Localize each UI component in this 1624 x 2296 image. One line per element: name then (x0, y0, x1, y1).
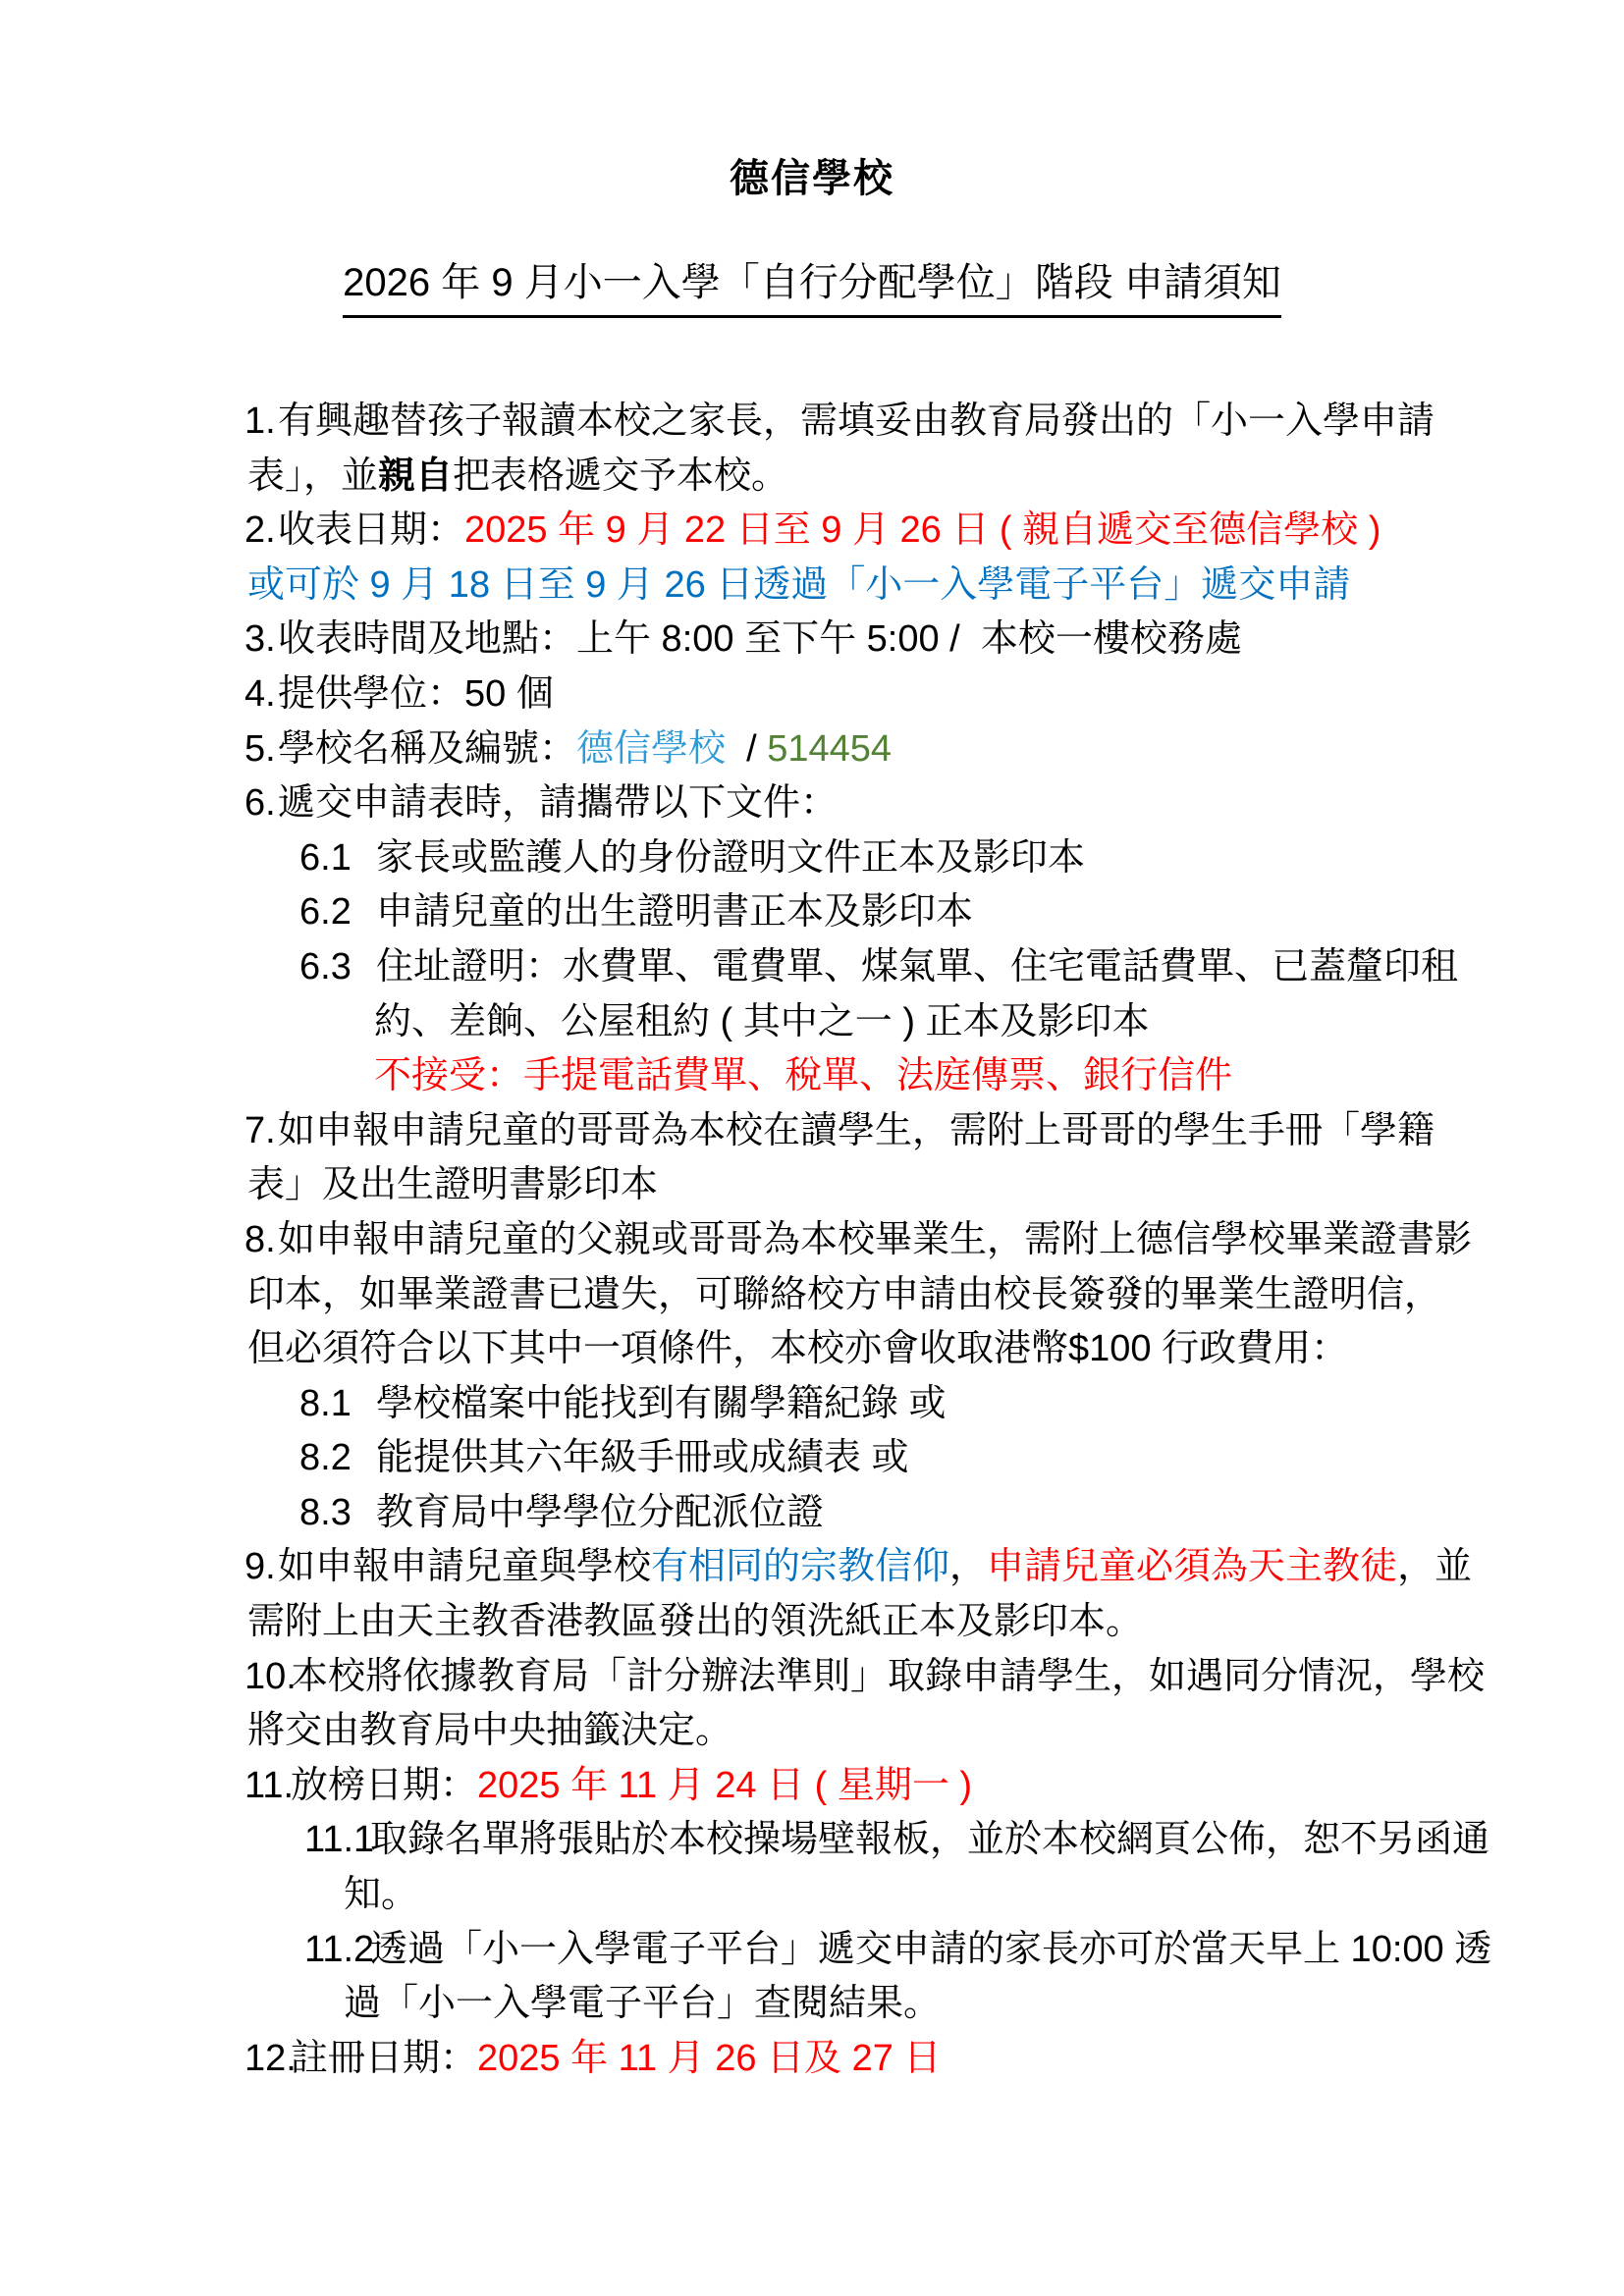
text-run-red: 申請兒童必須為天主教徒 (987, 1540, 1397, 1595)
text-run: 提供學位：50 個 (278, 667, 554, 722)
text-run: 取錄名單將張貼於本校操場壁報板，並於本校網頁公佈，恕不另函通 (370, 1813, 1489, 1868)
text-run: 住址證明：水費單、電費單、煤氣單、住宅電話費單、已蓋釐印租 (376, 940, 1458, 995)
doc-line: 5. 學校名稱及編號：德信學校 / 514454 (0, 722, 1624, 777)
text-run: 有興趣替孩子報讀本校之家長，需填妥由教育局發出的「小一入學申請 (278, 395, 1435, 450)
doc-line: 9. 如申報申請兒童與學校有相同的宗教信仰，申請兒童必須為天主教徒，並 (0, 1540, 1624, 1595)
text-run: 過「小一入學電子平台」查閱結果。 (344, 1977, 941, 2032)
text-run-red: 2025 年 11 月 24 日 ( 星期一 ) (477, 1759, 972, 1814)
item-number: 8.2 (299, 1431, 352, 1486)
doc-line: 需附上由天主教香港教區發出的領洗紙正本及影印本。 (0, 1595, 1624, 1650)
text-run: 註冊日期： (291, 2032, 477, 2087)
doc-line: 8.2 能提供其六年級手冊或成績表 或 (0, 1431, 1624, 1486)
doc-line: 2. 收表日期：2025 年 9 月 22 日至 9 月 26 日 ( 親自遞交… (0, 504, 1624, 559)
doc-line: 11.1 取錄名單將張貼於本校操場壁報板，並於本校網頁公佈，恕不另函通 (0, 1813, 1624, 1868)
doc-line: 10. 本校將依據教育局「計分辦法準則」取錄申請學生，如遇同分情況，學校 (0, 1650, 1624, 1705)
text-run: ， (949, 1540, 987, 1595)
item-number: 5. (244, 722, 276, 777)
doc-line: 6. 遞交申請表時，請攜帶以下文件： (0, 776, 1624, 831)
text-run: 需附上由天主教香港教區發出的領洗紙正本及影印本。 (247, 1595, 1143, 1650)
item-number: 4. (244, 667, 276, 722)
text-run: 如申報申請兒童與學校 (278, 1540, 651, 1595)
text-run: 學校名稱及編號： (278, 722, 576, 777)
item-number: 6. (244, 776, 276, 831)
item-number: 11.2 (304, 1923, 374, 1978)
item-number: 3. (244, 613, 276, 667)
doc-line: 將交由教育局中央抽籤決定。 (0, 1704, 1624, 1759)
text-run: 遞交申請表時，請攜帶以下文件： (278, 776, 838, 831)
doc-line: 約、差餉、公屋租約 ( 其中之一 ) 正本及影印本 (0, 995, 1624, 1050)
doc-line: 6.2 申請兒童的出生證明書正本及影印本 (0, 885, 1624, 940)
item-number: 6.1 (299, 831, 352, 886)
text-run: 約、差餉、公屋租約 ( 其中之一 ) 正本及影印本 (374, 995, 1150, 1050)
text-run-red: 2025 年 11 月 26 日及 27 日 (477, 2032, 941, 2087)
doc-line: 8.1 學校檔案中能找到有關學籍紀錄 或 (0, 1377, 1624, 1432)
doc-line: 知。 (0, 1868, 1624, 1923)
item-number: 11. (244, 1759, 294, 1814)
doc-line: 印本，如畢業證書已遺失，可聯絡校方申請由校長簽發的畢業生證明信， (0, 1268, 1624, 1323)
text-run: 表」，並 (247, 450, 378, 505)
item-number: 6.3 (299, 940, 352, 995)
doc-line: 或可於 9 月 18 日至 9 月 26 日透過「小一入學電子平台」遞交申請 (0, 559, 1624, 614)
text-run: ，並 (1397, 1540, 1472, 1595)
item-number: 11.1 (304, 1813, 374, 1868)
text-run: 把表格遞交予本校。 (453, 450, 788, 505)
item-number: 2. (244, 504, 276, 559)
item-number: 12. (244, 2032, 297, 2087)
doc-line: 7. 如申報申請兒童的哥哥為本校在讀學生，需附上哥哥的學生手冊「學籍 (0, 1104, 1624, 1159)
text-run: 如申報申請兒童的父親或哥哥為本校畢業生，需附上德信學校畢業證書影 (278, 1213, 1472, 1268)
text-run: 知。 (344, 1868, 418, 1923)
doc-line: 12. 註冊日期：2025 年 11 月 26 日及 27 日 (0, 2032, 1624, 2087)
doc-line: 8. 如申報申請兒童的父親或哥哥為本校畢業生，需附上德信學校畢業證書影 (0, 1213, 1624, 1268)
doc-line: 11.2 透過「小一入學電子平台」遞交申請的家長亦可於當天早上 10:00 透 (0, 1923, 1624, 1978)
item-number: 8.3 (299, 1486, 352, 1541)
item-number: 9. (244, 1540, 276, 1595)
document-page: 德信學校 2026 年 9 月小一入學「自行分配學位」階段 申請須知 1. 有興… (0, 0, 1624, 2296)
text-run-school-code: 514454 (767, 722, 892, 777)
notice-list: 1. 有興趣替孩子報讀本校之家長，需填妥由教育局發出的「小一入學申請 表」，並親… (0, 395, 1624, 2086)
item-number: 8.1 (299, 1377, 352, 1432)
text-run: 但必須符合以下其中一項條件，本校亦會收取港幣$100 行政費用： (247, 1322, 1348, 1377)
text-run: 收表時間及地點：上午 8:00 至下午 5:00 / 本校一樓校務處 (278, 613, 1242, 667)
text-run-bold: 親自 (378, 450, 453, 505)
doc-line: 過「小一入學電子平台」查閱結果。 (0, 1977, 1624, 2032)
text-run-red: 不接受：手提電話費單、稅單、法庭傳票、銀行信件 (374, 1049, 1232, 1104)
text-run: 透過「小一入學電子平台」遞交申請的家長亦可於當天早上 10:00 透 (370, 1923, 1491, 1978)
text-run: 本校將依據教育局「計分辦法準則」取錄申請學生，如遇同分情況，學校 (291, 1650, 1485, 1705)
document-subtitle-row: 2026 年 9 月小一入學「自行分配學位」階段 申請須知 (0, 258, 1624, 318)
document-subtitle: 2026 年 9 月小一入學「自行分配學位」階段 申請須知 (343, 258, 1281, 318)
doc-line: 3. 收表時間及地點：上午 8:00 至下午 5:00 / 本校一樓校務處 (0, 613, 1624, 667)
text-run-red: 2025 年 9 月 22 日至 9 月 26 日 ( 親自遞交至德信學校 ) (464, 504, 1380, 559)
doc-line: 6.3 住址證明：水費單、電費單、煤氣單、住宅電話費單、已蓋釐印租 (0, 940, 1624, 995)
text-run: 表」及出生證明書影印本 (247, 1158, 658, 1213)
item-number: 6.2 (299, 885, 352, 940)
text-run: 家長或監護人的身份證明文件正本及影印本 (376, 831, 1085, 886)
text-run: 如申報申請兒童的哥哥為本校在讀學生，需附上哥哥的學生手冊「學籍 (278, 1104, 1435, 1159)
doc-line: 1. 有興趣替孩子報讀本校之家長，需填妥由教育局發出的「小一入學申請 (0, 395, 1624, 450)
document-title: 德信學校 (0, 155, 1624, 202)
doc-line: 表」，並親自把表格遞交予本校。 (0, 450, 1624, 505)
text-run: 收表日期： (278, 504, 464, 559)
text-run: 能提供其六年級手冊或成績表 或 (376, 1431, 909, 1486)
text-run: 放榜日期： (291, 1759, 477, 1814)
text-run: / (726, 722, 767, 777)
doc-line: 8.3 教育局中學學位分配派位證 (0, 1486, 1624, 1541)
doc-line: 但必須符合以下其中一項條件，本校亦會收取港幣$100 行政費用： (0, 1322, 1624, 1377)
doc-line: 4. 提供學位：50 個 (0, 667, 1624, 722)
item-number: 8. (244, 1213, 276, 1268)
text-run: 學校檔案中能找到有關學籍紀錄 或 (376, 1377, 947, 1432)
text-run: 教育局中學學位分配派位證 (376, 1486, 824, 1541)
text-run: 印本，如畢業證書已遺失，可聯絡校方申請由校長簽發的畢業生證明信， (247, 1268, 1441, 1323)
doc-line: 表」及出生證明書影印本 (0, 1158, 1624, 1213)
doc-line: 不接受：手提電話費單、稅單、法庭傳票、銀行信件 (0, 1049, 1624, 1104)
doc-line: 6.1 家長或監護人的身份證明文件正本及影印本 (0, 831, 1624, 886)
text-run-blue: 或可於 9 月 18 日至 9 月 26 日透過「小一入學電子平台」遞交申請 (247, 559, 1350, 614)
item-number: 1. (244, 395, 276, 450)
item-number: 7. (244, 1104, 276, 1159)
text-run-blue: 有相同的宗教信仰 (651, 1540, 949, 1595)
doc-line: 11. 放榜日期：2025 年 11 月 24 日 ( 星期一 ) (0, 1759, 1624, 1814)
text-run-school-name: 德信學校 (576, 722, 726, 777)
text-run: 申請兒童的出生證明書正本及影印本 (376, 885, 973, 940)
text-run: 將交由教育局中央抽籤決定。 (247, 1704, 732, 1759)
item-number: 10. (244, 1650, 297, 1705)
